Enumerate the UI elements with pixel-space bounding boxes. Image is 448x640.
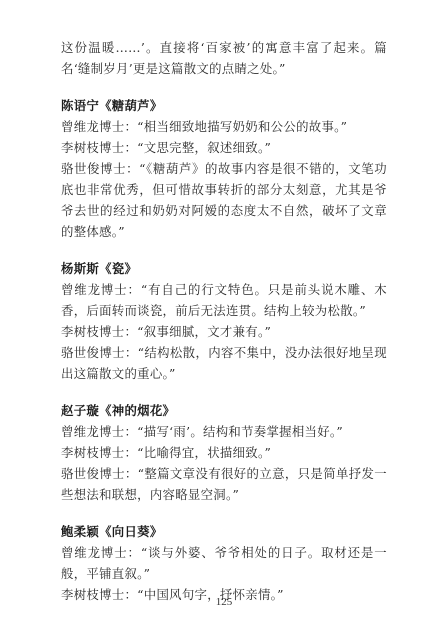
section-ci: 杨斯斯《瓷》 曾维龙博士：“有自己的行文特色。只是前头说木雕、木香，后面转而谈瓷… bbox=[61, 258, 387, 384]
section-heading: 杨斯斯《瓷》 bbox=[61, 258, 387, 279]
comment: 骆世俊博士：“《糖葫芦》的故事内容是很不错的，文笔功底也非常优秀，但可惜故事转折… bbox=[61, 158, 387, 242]
section-tanghulu: 陈语宁《糖葫芦》 曾维龙博士：“相当细致地描写奶奶和公公的故事。” 李树枝博士：… bbox=[61, 95, 387, 242]
comment: 曾维龙博士：“描写‘雨’。结构和节奏掌握相当好。” bbox=[61, 421, 387, 442]
comment: 曾维龙博士：“有自己的行文特色。只是前头说木雕、木香，后面转而谈瓷，前后无法连贯… bbox=[61, 279, 387, 321]
comment: 李树枝博士：“文思完整，叙述细致。” bbox=[61, 137, 387, 158]
comment: 曾维龙博士：“相当细致地描写奶奶和公公的故事。” bbox=[61, 116, 387, 137]
document-page: 这份温暖……’。直接将‘百家被’的寓意丰富了起来。篇名‘缝制岁月’更是这篇散文的… bbox=[61, 37, 387, 605]
section-heading: 鲍柔颖《向日葵》 bbox=[61, 521, 387, 542]
intro-paragraph: 这份温暖……’。直接将‘百家被’的寓意丰富了起来。篇名‘缝制岁月’更是这篇散文的… bbox=[61, 37, 387, 79]
comment: 李树枝博士：“叙事细腻，文才兼有。” bbox=[61, 321, 387, 342]
section-heading: 赵子璇《神的烟花》 bbox=[61, 400, 387, 421]
comment: 骆世俊博士：“结构松散，内容不集中，没办法很好地呈现出这篇散文的重心。” bbox=[61, 342, 387, 384]
section-heading: 陈语宁《糖葫芦》 bbox=[61, 95, 387, 116]
section-shen-de-yanhua: 赵子璇《神的烟花》 曾维龙博士：“描写‘雨’。结构和节奏掌握相当好。” 李树枝博… bbox=[61, 400, 387, 505]
comment: 骆世俊博士：“整篇文章没有很好的立意，只是简单抒发一些想法和联想，内容略显空洞。… bbox=[61, 463, 387, 505]
page-number: 125 bbox=[0, 596, 448, 608]
comment: 李树枝博士：“比喻得宜，状描细致。” bbox=[61, 442, 387, 463]
comment: 曾维龙博士：“谈与外婆、爷爷相处的日子。取材还是一般，平铺直叙。” bbox=[61, 542, 387, 584]
section-xiangrikui: 鲍柔颖《向日葵》 曾维龙博士：“谈与外婆、爷爷相处的日子。取材还是一般，平铺直叙… bbox=[61, 521, 387, 605]
